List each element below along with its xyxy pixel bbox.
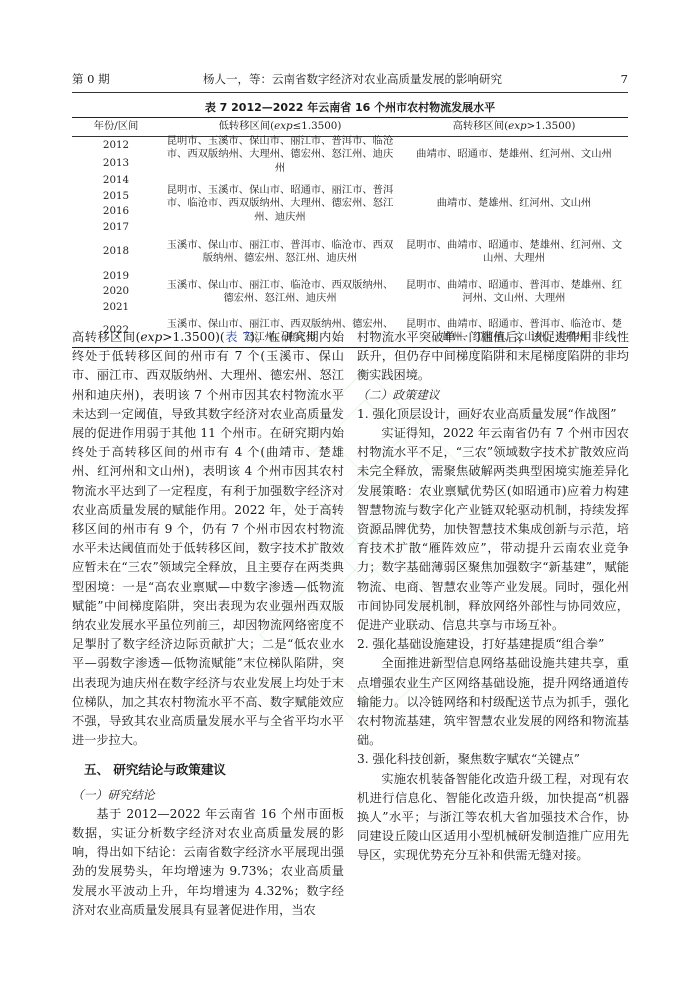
section-heading: 五、 研究结论与政策建议: [84, 760, 344, 779]
running-title: 杨人一，等：云南省数字经济对农业高质量发展的影响研究: [203, 70, 502, 88]
header-rule: [72, 92, 628, 93]
table-row: 2018 玉溪市、保山市、丽江市、普洱市、临沧市、西双版纳州、德宏州、怒江州、迪…: [72, 235, 628, 269]
subsection-heading: （一）研究结论: [72, 786, 344, 805]
page-number: 7: [621, 70, 628, 88]
table-header-row: 年份/区间 低转移区间(exp≤1.3500) 高转移区间(exp>1.3500…: [72, 118, 628, 136]
paragraph: 实施农机装备智能化改造升级工程，对现有农机进行信息化、智能化改造升级，加快提高“…: [357, 770, 629, 866]
left-column: 高转移区间(exp>1.3500)(表 7)。在研究期内始终处于低转移区间的州市…: [72, 328, 344, 920]
row-low-cities: 昆明市、玉溪市、保山市、昭通市、丽江市、普洱市、临沧市、西双版纳州、大理州、德宏…: [160, 184, 400, 225]
table-row: 2019 2020 2021 玉溪市、保山市、丽江市、临沧市、西双版纳州、德宏州…: [72, 269, 628, 315]
policy-heading-3: 3. 强化科技创新，聚焦数字赋农“关键点”: [357, 750, 629, 769]
paragraph: 实证得知，2022 年云南省仍有 7 个州市因农村物流水平不足，“三农”领域数字…: [357, 424, 629, 635]
paragraph: 全面推进新型信息网络基础设施共建共享，重点增强农业生产区网络基础设施，提升网络通…: [357, 654, 629, 750]
subsection-heading: （二）政策建议: [357, 386, 629, 405]
row-years: 2012 2013: [72, 137, 160, 173]
policy-heading-2: 2. 强化基础设施建设，打好基建提质“组合拳”: [357, 635, 629, 654]
row-years: 2014 2015 2016 2017: [72, 173, 160, 235]
policy-heading-1: 1. 强化顶层设计，画好农业高质量发展“作战图”: [357, 405, 629, 424]
header-year: 年份/区间: [72, 120, 160, 134]
table-row: 2012 2013 昆明市、玉溪市、保山市、丽江市、普洱市、临沧市、西双版纳州、…: [72, 137, 628, 173]
row-high-cities: 昆明市、曲靖市、昭通市、楚雄州、红河州、文山州、大理州: [400, 239, 628, 266]
row-years: 2019 2020 2021: [72, 269, 160, 315]
row-high-cities: 曲靖市、楚雄州、红河州、文山州: [400, 197, 628, 211]
right-column: 村物流水平突破单一门槛值后，该促进作用非线性跃升，但仍存中间梯度陷阱和末尾梯度陷…: [357, 328, 629, 866]
row-years: 2018: [72, 235, 160, 269]
header-high-interval: 高转移区间(exp>1.3500): [400, 120, 628, 134]
running-header: 第 0 期 杨人一，等：云南省数字经济对农业高质量发展的影响研究 7: [72, 70, 628, 88]
paragraph: 基于 2012—2022 年云南省 16 个州市面板数据，实证分析数字经济对农业…: [72, 805, 344, 920]
paragraph: 高转移区间(exp>1.3500)(表 7)。在研究期内始终处于低转移区间的州市…: [72, 328, 344, 750]
header-low-interval: 低转移区间(exp≤1.3500): [160, 120, 400, 134]
table-7-link[interactable]: 表 7: [225, 330, 250, 344]
logistics-table: 年份/区间 低转移区间(exp≤1.3500) 高转移区间(exp>1.3500…: [72, 117, 628, 348]
table-row: 2014 2015 2016 2017 昆明市、玉溪市、保山市、昭通市、丽江市、…: [72, 173, 628, 235]
paragraph: 村物流水平突破单一门槛值后，该促进作用非线性跃升，但仍存中间梯度陷阱和末尾梯度陷…: [357, 328, 629, 386]
table-caption: 表 7 2012—2022 年云南省 16 个州市农村物流发展水平: [0, 101, 700, 115]
row-low-cities: 玉溪市、保山市、丽江市、临沧市、西双版纳州、德宏州、怒江州、迪庆州: [160, 279, 400, 306]
row-high-cities: 昆明市、曲靖市、昭通市、普洱市、楚雄州、红河州、文山州、大理州: [400, 279, 628, 306]
row-low-cities: 昆明市、玉溪市、保山市、丽江市、普洱市、临沧市、西双版纳州、大理州、德宏州、怒江…: [160, 135, 400, 176]
journal-page: 第 0 期 杨人一，等：云南省数字经济对农业高质量发展的影响研究 7 表 7 2…: [0, 0, 700, 990]
row-high-cities: 曲靖市、昭通市、楚雄州、红河州、文山州: [400, 148, 628, 162]
row-low-cities: 玉溪市、保山市、丽江市、普洱市、临沧市、西双版纳州、德宏州、怒江州、迪庆州: [160, 239, 400, 266]
issue-number: 第 0 期: [72, 70, 110, 88]
